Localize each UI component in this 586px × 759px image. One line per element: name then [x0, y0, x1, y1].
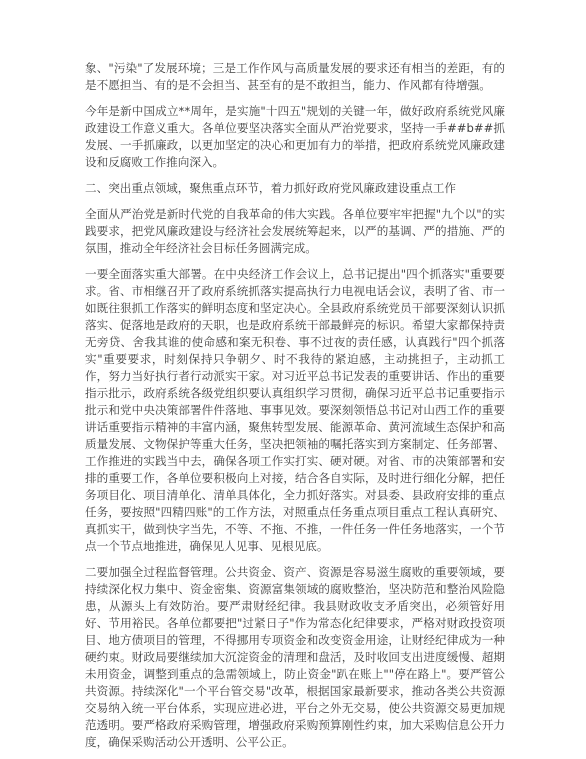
paragraph-point-one: 一要全面落实重大部署。在中央经济工作会议上，总书记提出"四个抓落实"重要要求。省…	[85, 266, 505, 555]
paragraph-intro: 今年是新中国成立**周年，是实施"十四五"规划的关键一年，做好政府系统党风廉政建…	[85, 103, 505, 171]
paragraph-section-lead: 全面从严治党是新时代党的自我革命的伟大实践。各单位要牢牢把握"九个以"的实践要求…	[85, 206, 505, 257]
document-page: 象、"污染"了发展环境；三是工作作风与高质量发展的要求还有相当的差距，有的是不愿…	[0, 0, 586, 759]
paragraph-point-two: 二要加强全过程监督管理。公共资金、资产、资源是容易滋生腐败的重要领域，要持续深化…	[85, 564, 505, 751]
section-heading: 二、突出重点领域，聚焦重点环节，着力抓好政府党风廉政建设重点工作	[85, 180, 505, 197]
paragraph-overflow-from-previous-page: 象、"污染"了发展环境；三是工作作风与高质量发展的要求还有相当的差距，有的是不愿…	[85, 60, 505, 94]
